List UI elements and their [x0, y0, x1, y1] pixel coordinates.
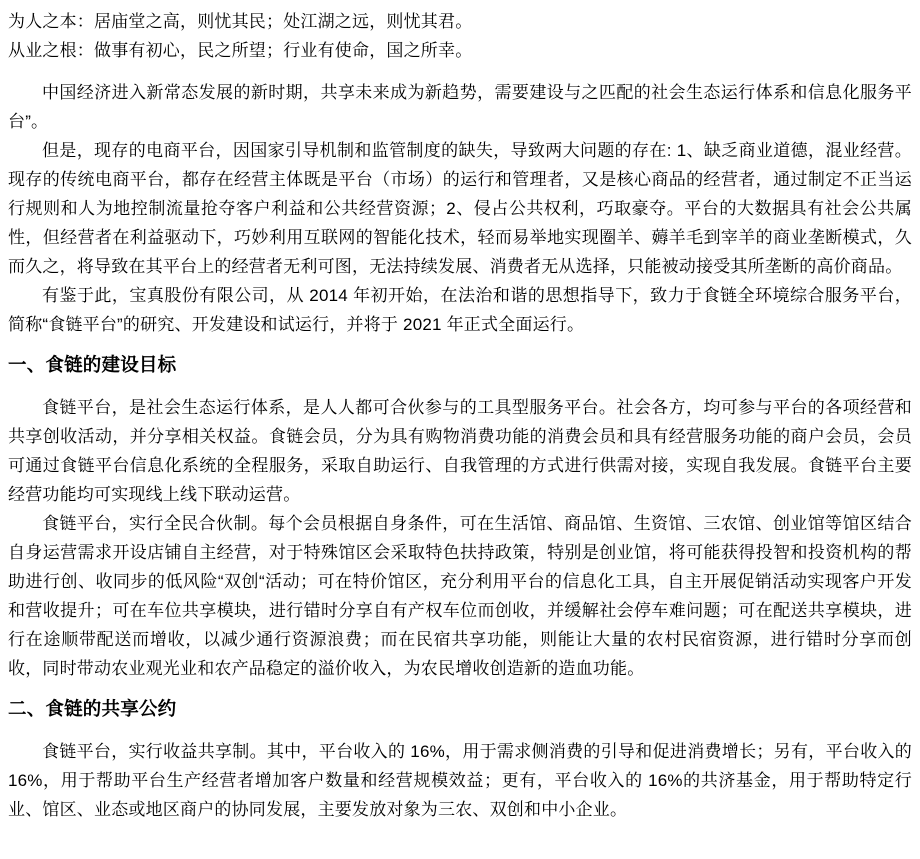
- document-page: 为人之本：居庙堂之高，则忧其民；处江湖之远，则忧其君。 从业之根：做事有初心，民…: [0, 0, 920, 824]
- intro-paragraph-1: 中国经济进入新常态发展的新时期，共享未来成为新趋势，需要建设与之匹配的社会生态运…: [8, 78, 912, 136]
- motto-line-2: 从业之根：做事有初心，民之所望；行业有使命，国之所幸。: [8, 36, 912, 65]
- blank-line: [8, 65, 912, 78]
- intro-paragraph-2: 但是，现存的电商平台，因国家引导机制和监管制度的缺失，导致两大问题的存在: 1、…: [8, 136, 912, 281]
- motto-line-1: 为人之本：居庙堂之高，则忧其民；处江湖之远，则忧其君。: [8, 7, 912, 36]
- section1-paragraph-1: 食链平台，是社会生态运行体系，是人人都可合伙参与的工具型服务平台。社会各方，均可…: [8, 393, 912, 509]
- section1-paragraph-2: 食链平台，实行全民合伙制。每个会员根据自身条件，可在生活馆、商品馆、生资馆、三农…: [8, 509, 912, 683]
- section-heading-sharing-convention: 二、食链的共享公约: [8, 694, 912, 723]
- section2-paragraph-1: 食链平台，实行收益共享制。其中，平台收入的 16%，用于需求侧消费的引导和促进消…: [8, 737, 912, 824]
- section-heading-construction-goals: 一、食链的建设目标: [8, 350, 912, 379]
- intro-paragraph-3: 有鉴于此，宝真股份有限公司，从 2014 年初开始，在法治和谐的思想指导下，致力…: [8, 281, 912, 339]
